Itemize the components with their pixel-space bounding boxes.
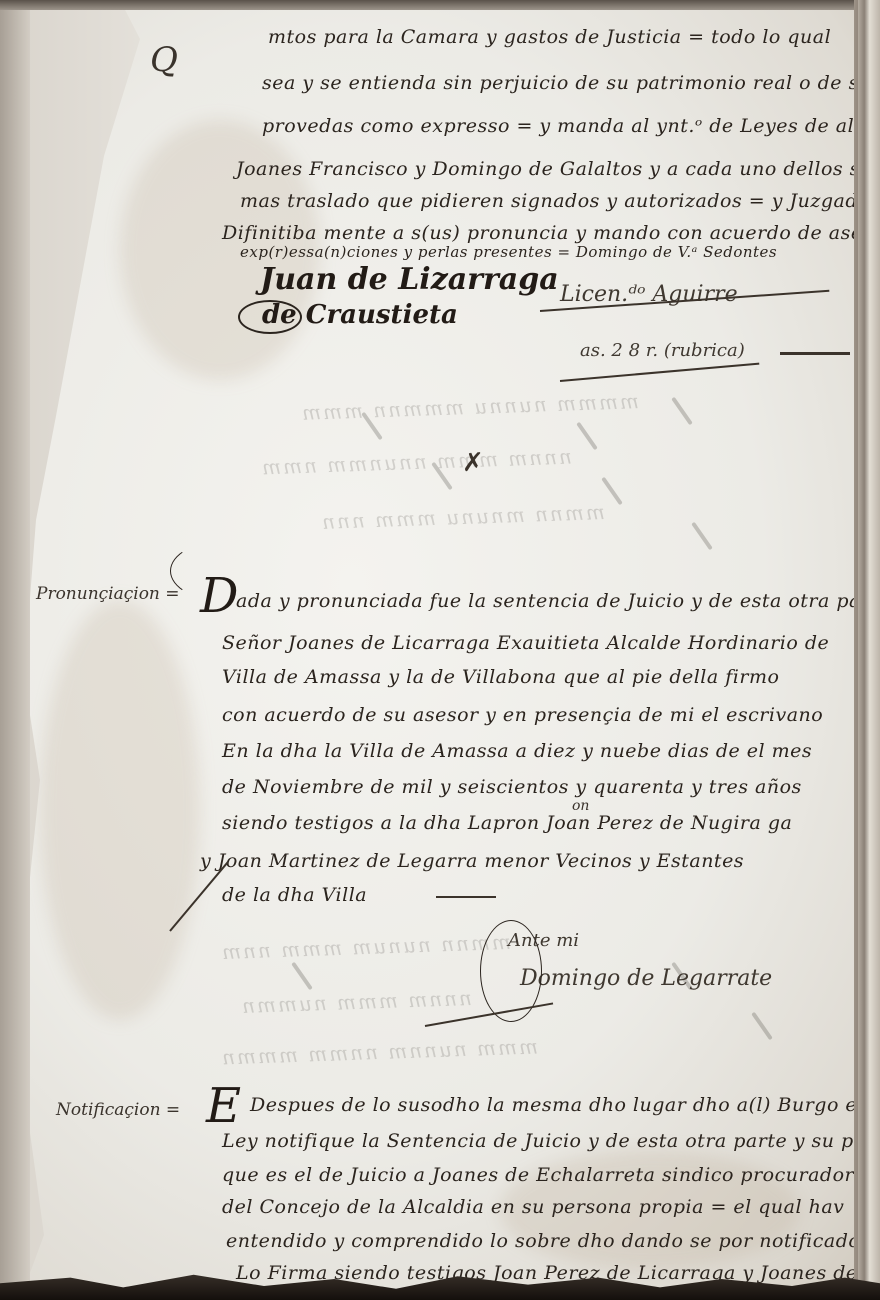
text-line: sea y se entienda sin perjuicio de su pa…: [262, 72, 880, 94]
page-top-edge: [0, 0, 880, 10]
text-line: mtos para la Camara y gastos de Justicia…: [268, 26, 831, 48]
text-line: de la dha Villa: [222, 884, 367, 906]
text-line: siendo testigos a la dha Lapron Joan Per…: [222, 812, 792, 834]
text-line: Ley notifique la Sentencia de Juicio y d…: [222, 1130, 880, 1152]
signature-lizarraga: Juan de Lizarraga: [260, 262, 559, 297]
text-line: provedas como expresso = y manda al ynt.…: [262, 115, 880, 137]
text-line: Despues de lo susodho la mesma dho lugar…: [250, 1094, 880, 1116]
text-line: que es el de Juicio a Joanes de Echalarr…: [222, 1164, 880, 1186]
text-line: con acuerdo de su asesor y en presençia …: [222, 704, 823, 726]
text-line: Señor Joanes de Licarraga Exauitieta Alc…: [222, 632, 829, 654]
text-line: Joanes Francisco y Domingo de Galaltos y…: [236, 158, 879, 180]
marginal-mark: Q: [150, 40, 178, 80]
text-line: entendido y comprendido lo sobre dho dan…: [226, 1230, 880, 1252]
text-line: y Joan Martinez de Legarra menor Vecinos…: [200, 850, 744, 872]
margin-label-pronunciacion: Pronunçiaçion =: [36, 584, 180, 604]
cross-mark-icon: ✗: [462, 448, 484, 478]
page-fold: [854, 0, 858, 1300]
text-line: mas traslado que pidieren signados y aut…: [240, 190, 870, 212]
manuscript-page: mmmm nunnu mmmnn mmm nnnm mmm nnunmm nmm…: [0, 0, 880, 1300]
strikethrough: [780, 352, 850, 355]
text-line: del Concejo de la Alcaldia en su persona…: [222, 1196, 844, 1218]
binding-edge: [0, 0, 30, 1300]
text-line: ada y pronunciada fue la sentencia de Ju…: [236, 590, 880, 612]
signature-flourish: [238, 300, 302, 334]
text-line: de Noviembre de mil y seiscientos y quar…: [222, 776, 802, 798]
signature-legarrate: Domingo de Legarrate: [520, 966, 772, 991]
text-line: Villa de Amassa y la de Villabona que al…: [222, 666, 779, 688]
text-line: Difinitiba mente a s(us) pronuncia y man…: [222, 222, 880, 244]
margin-label-notificacion: Notificaçion =: [56, 1100, 180, 1120]
fee-note: as. 2 8 r. (rubrica): [580, 340, 745, 361]
water-stain: [40, 600, 200, 1020]
text-line: exp(r)essa(n)ciones y perlas presentes =…: [240, 243, 777, 261]
text-line: En la dha la Villa de Amassa a diez y nu…: [222, 740, 812, 762]
line-end-rule: [436, 896, 496, 898]
decorated-initial: E: [206, 1078, 241, 1134]
signature-underline: [560, 363, 759, 382]
